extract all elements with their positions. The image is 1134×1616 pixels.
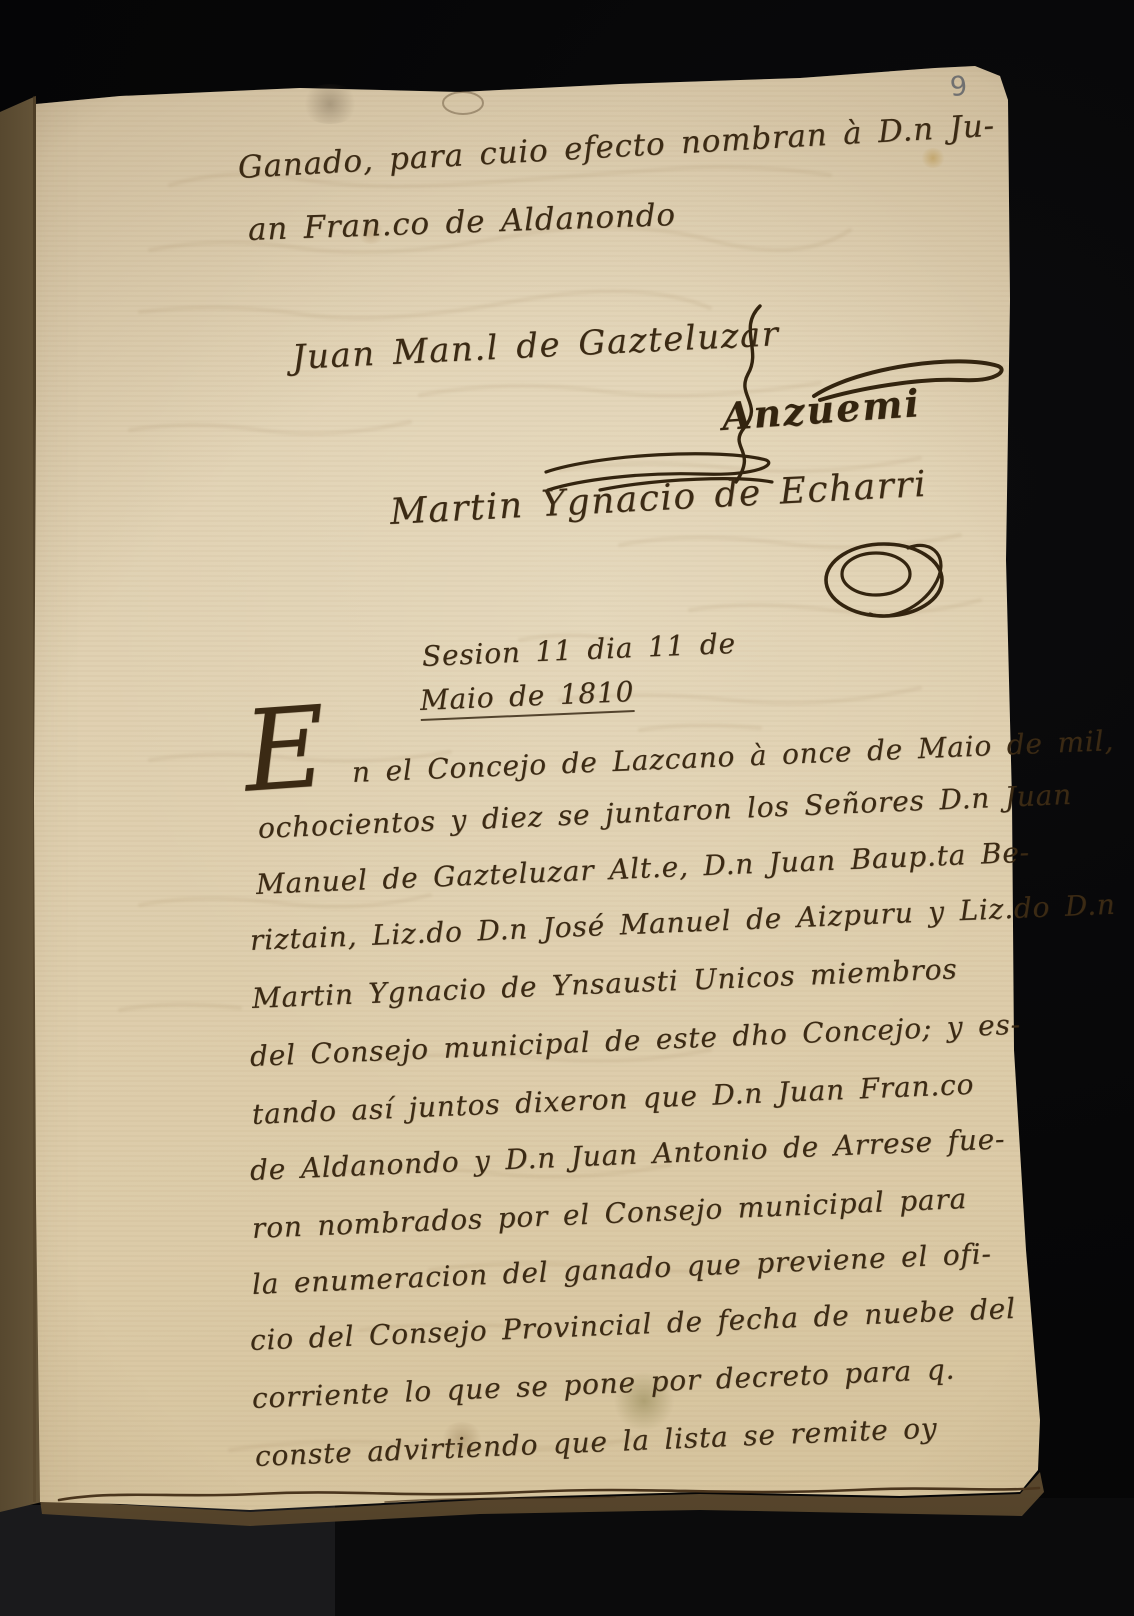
marginal-note-line: Ganado, para cuio efecto nombran à D.n J… (237, 108, 996, 186)
body-line: corriente lo que se pone por decreto par… (251, 1353, 955, 1415)
body-line: Manuel de Gazteluzar Alt.e, D.n Juan Bau… (255, 836, 1030, 901)
body-line: riztain, Liz.do D.n José Manuel de Aizpu… (249, 888, 1116, 957)
body-line: Martin Ygnacio de Ynsausti Unicos miembr… (251, 952, 958, 1015)
session-heading-line1: Sesion 11 dia 11 de (421, 627, 736, 673)
marginal-note-line: an Fran.co de Aldanondo (247, 197, 676, 248)
body-line: de Aldanondo y D.n Juan Antonio de Arres… (249, 1122, 1006, 1187)
session-date-underlined: Maio de 1810 (419, 675, 635, 721)
body-line: del Consejo municipal de este dho Concej… (249, 1008, 1021, 1073)
page-number: 9 (949, 71, 968, 103)
body-line: tando así juntos dixeron que D.n Juan Fr… (251, 1068, 974, 1131)
body-line: la enumeracion del ganado que previene e… (251, 1237, 992, 1301)
session-heading-date: Maio de 1810 (419, 675, 635, 717)
decorated-initial-E: E (241, 697, 330, 803)
rubric-loop (812, 528, 962, 628)
handwritten-text-layer: 9 Ganado, para cuio efecto nombran à D.n… (0, 0, 1134, 1616)
body-line: ron nombrados por el Consejo municipal p… (251, 1182, 967, 1245)
scanned-manuscript-screenshot: { "document": { "page_number": "9", "mar… (0, 0, 1134, 1616)
closing-rule-flourish (55, 1478, 1045, 1508)
body-line: cio del Consejo Provincial de fecha de n… (249, 1292, 1016, 1357)
body-line: conste advirtiendo que la lista se remit… (254, 1411, 938, 1473)
seal-smudge (438, 88, 488, 118)
body-line: ochocientos y diez se juntaron los Señor… (257, 778, 1072, 845)
signature-gazteluzar: Juan Man.l de Gazteluzar (291, 314, 780, 378)
body-line: n el Concejo de Lazcano à once de Maio d… (351, 724, 1114, 789)
